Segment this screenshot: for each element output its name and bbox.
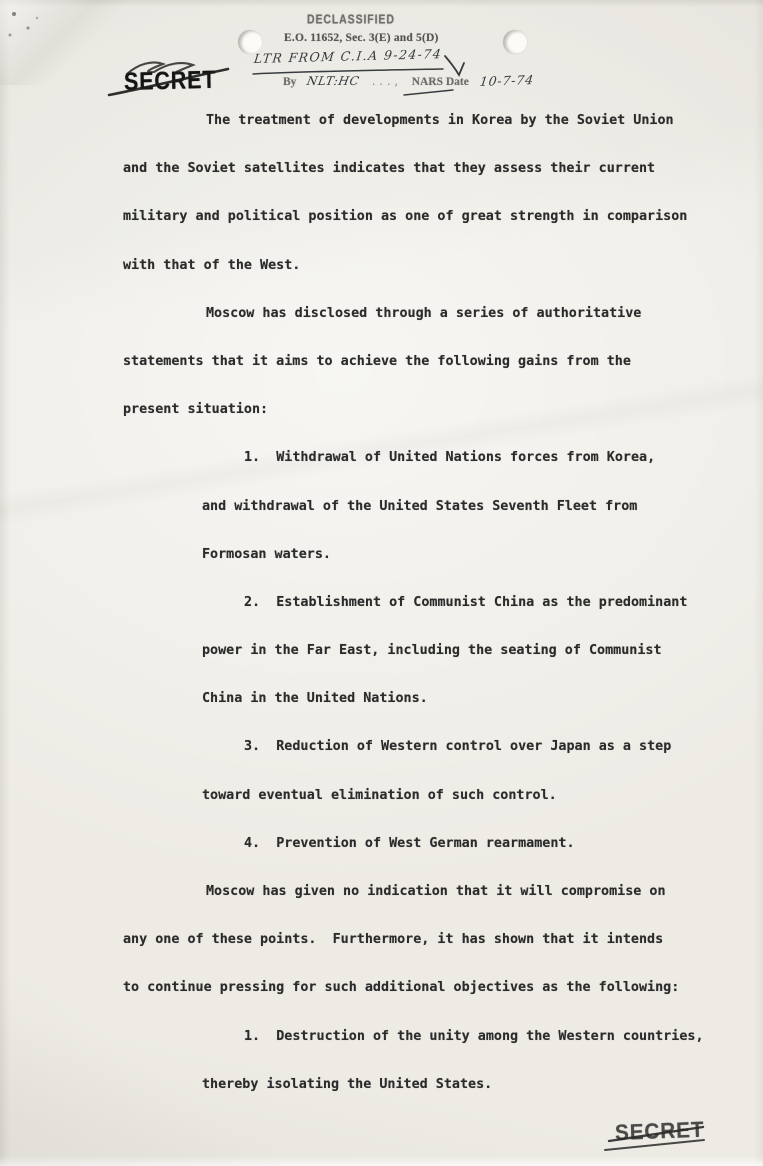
body-line: to continue pressing for such additional… bbox=[123, 964, 729, 1012]
handwritten-date: 10-7-74 bbox=[479, 72, 535, 89]
stamp-dotted-blank: ..., bbox=[371, 77, 401, 88]
body-line: military and political position as one o… bbox=[123, 193, 729, 241]
body-line: any one of these points. Furthermore, it… bbox=[123, 916, 729, 964]
document-page: SECRET DECLASSIFIED E.O. 11652, Sec. 3(E… bbox=[0, 0, 763, 1166]
secret-stamp-top: SECRET bbox=[124, 66, 217, 97]
body-list-line: 3. Reduction of Western control over Jap… bbox=[123, 723, 729, 771]
body-list-line: power in the Far East, including the sea… bbox=[123, 627, 729, 675]
body-line: and the Soviet satellites indicates that… bbox=[123, 145, 729, 193]
body-line: The treatment of developments in Korea b… bbox=[123, 97, 729, 145]
handwritten-authority-line: LTR FROM C.I.A 9-24-74 bbox=[253, 46, 443, 66]
declassified-label: DECLASSIFIED bbox=[307, 13, 395, 27]
document-body: The treatment of developments in Korea b… bbox=[123, 97, 729, 1109]
body-line: with that of the West. bbox=[123, 242, 729, 290]
by-nars-line: By NLT:HC ..., NARS Date 10-7-74 bbox=[283, 73, 538, 88]
body-list-line: 4. Prevention of West German rearmament. bbox=[123, 820, 729, 868]
body-list-line: and withdrawal of the United States Seve… bbox=[123, 483, 729, 531]
body-list-line: 1. Destruction of the unity among the We… bbox=[123, 1013, 729, 1061]
body-line: present situation: bbox=[123, 386, 729, 434]
body-list-line: 1. Withdrawal of United Nations forces f… bbox=[123, 434, 729, 482]
nars-date-label: NARS Date bbox=[412, 76, 469, 88]
body-list-line: toward eventual elimination of such cont… bbox=[123, 772, 729, 820]
executive-order-line: E.O. 11652, Sec. 3(E) and 5(D) bbox=[284, 32, 439, 44]
body-line: Moscow has disclosed through a series of… bbox=[123, 290, 729, 338]
body-line: statements that it aims to achieve the f… bbox=[123, 338, 729, 386]
secret-stamp-bottom: SECRET bbox=[615, 1117, 705, 1146]
body-list-line: 2. Establishment of Communist China as t… bbox=[123, 579, 729, 627]
by-handwritten-initials: NLT:HC bbox=[306, 74, 361, 88]
date-underline bbox=[404, 90, 453, 95]
body-line: Moscow has given no indication that it w… bbox=[123, 868, 729, 916]
body-list-line: thereby isolating the United States. bbox=[123, 1061, 729, 1109]
paper-fold-crease bbox=[0, 0, 130, 85]
punch-hole-right bbox=[503, 30, 527, 54]
body-list-line: China in the United Nations. bbox=[123, 675, 729, 723]
by-label: By bbox=[283, 76, 296, 88]
body-list-line: Formosan waters. bbox=[123, 531, 729, 579]
